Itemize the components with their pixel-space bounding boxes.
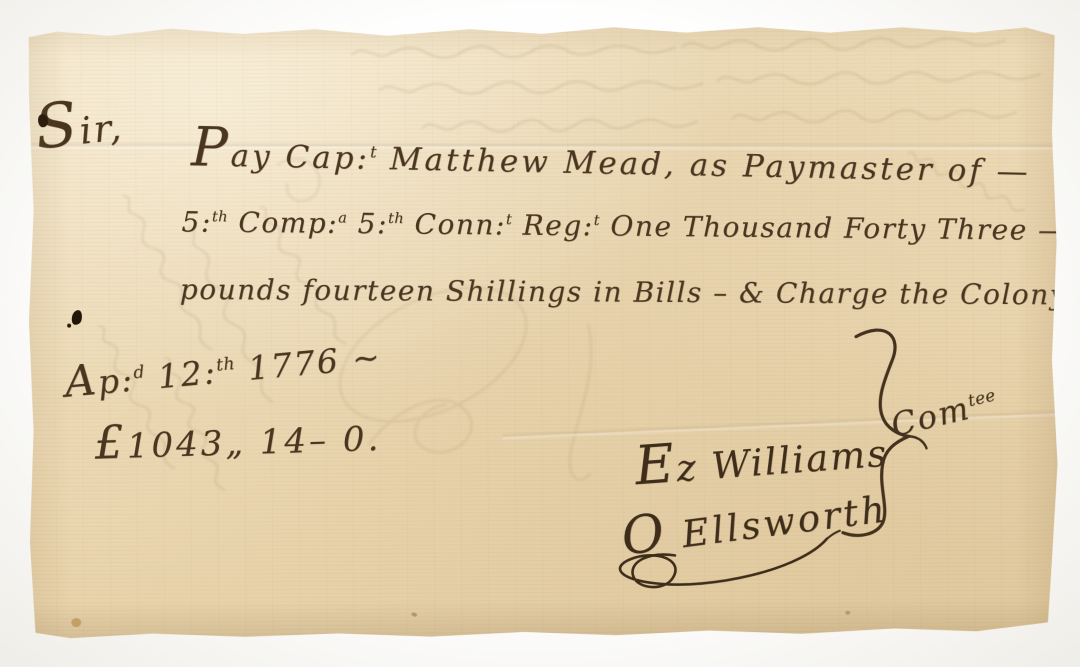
- body-line-2: 5:th Comp:a 5:th Conn:t Reg:t One Thousa…: [181, 207, 1067, 246]
- scan-background: Sir, Pay Cap:t Matthew Mead, as Paymaste…: [0, 0, 1080, 667]
- date-line: Ap:d 12:th 1776 ~: [63, 331, 384, 407]
- stain-spot: [71, 618, 81, 627]
- ink-speck: [845, 611, 850, 615]
- amount-line: £1043„ 14– 0.: [94, 409, 382, 468]
- body-line-1: Pay Cap:t Matthew Mead, as Paymaster of …: [191, 117, 1032, 194]
- committee-label: Comtee: [888, 384, 1001, 443]
- body-line-3: pounds fourteen Shillings in Bills – & C…: [180, 275, 1067, 311]
- manuscript-paper: Sir, Pay Cap:t Matthew Mead, as Paymaste…: [27, 22, 1060, 640]
- bleedthrough-ghost: [27, 22, 1060, 640]
- ink-speck: [411, 612, 418, 618]
- ink-blot: [71, 309, 84, 326]
